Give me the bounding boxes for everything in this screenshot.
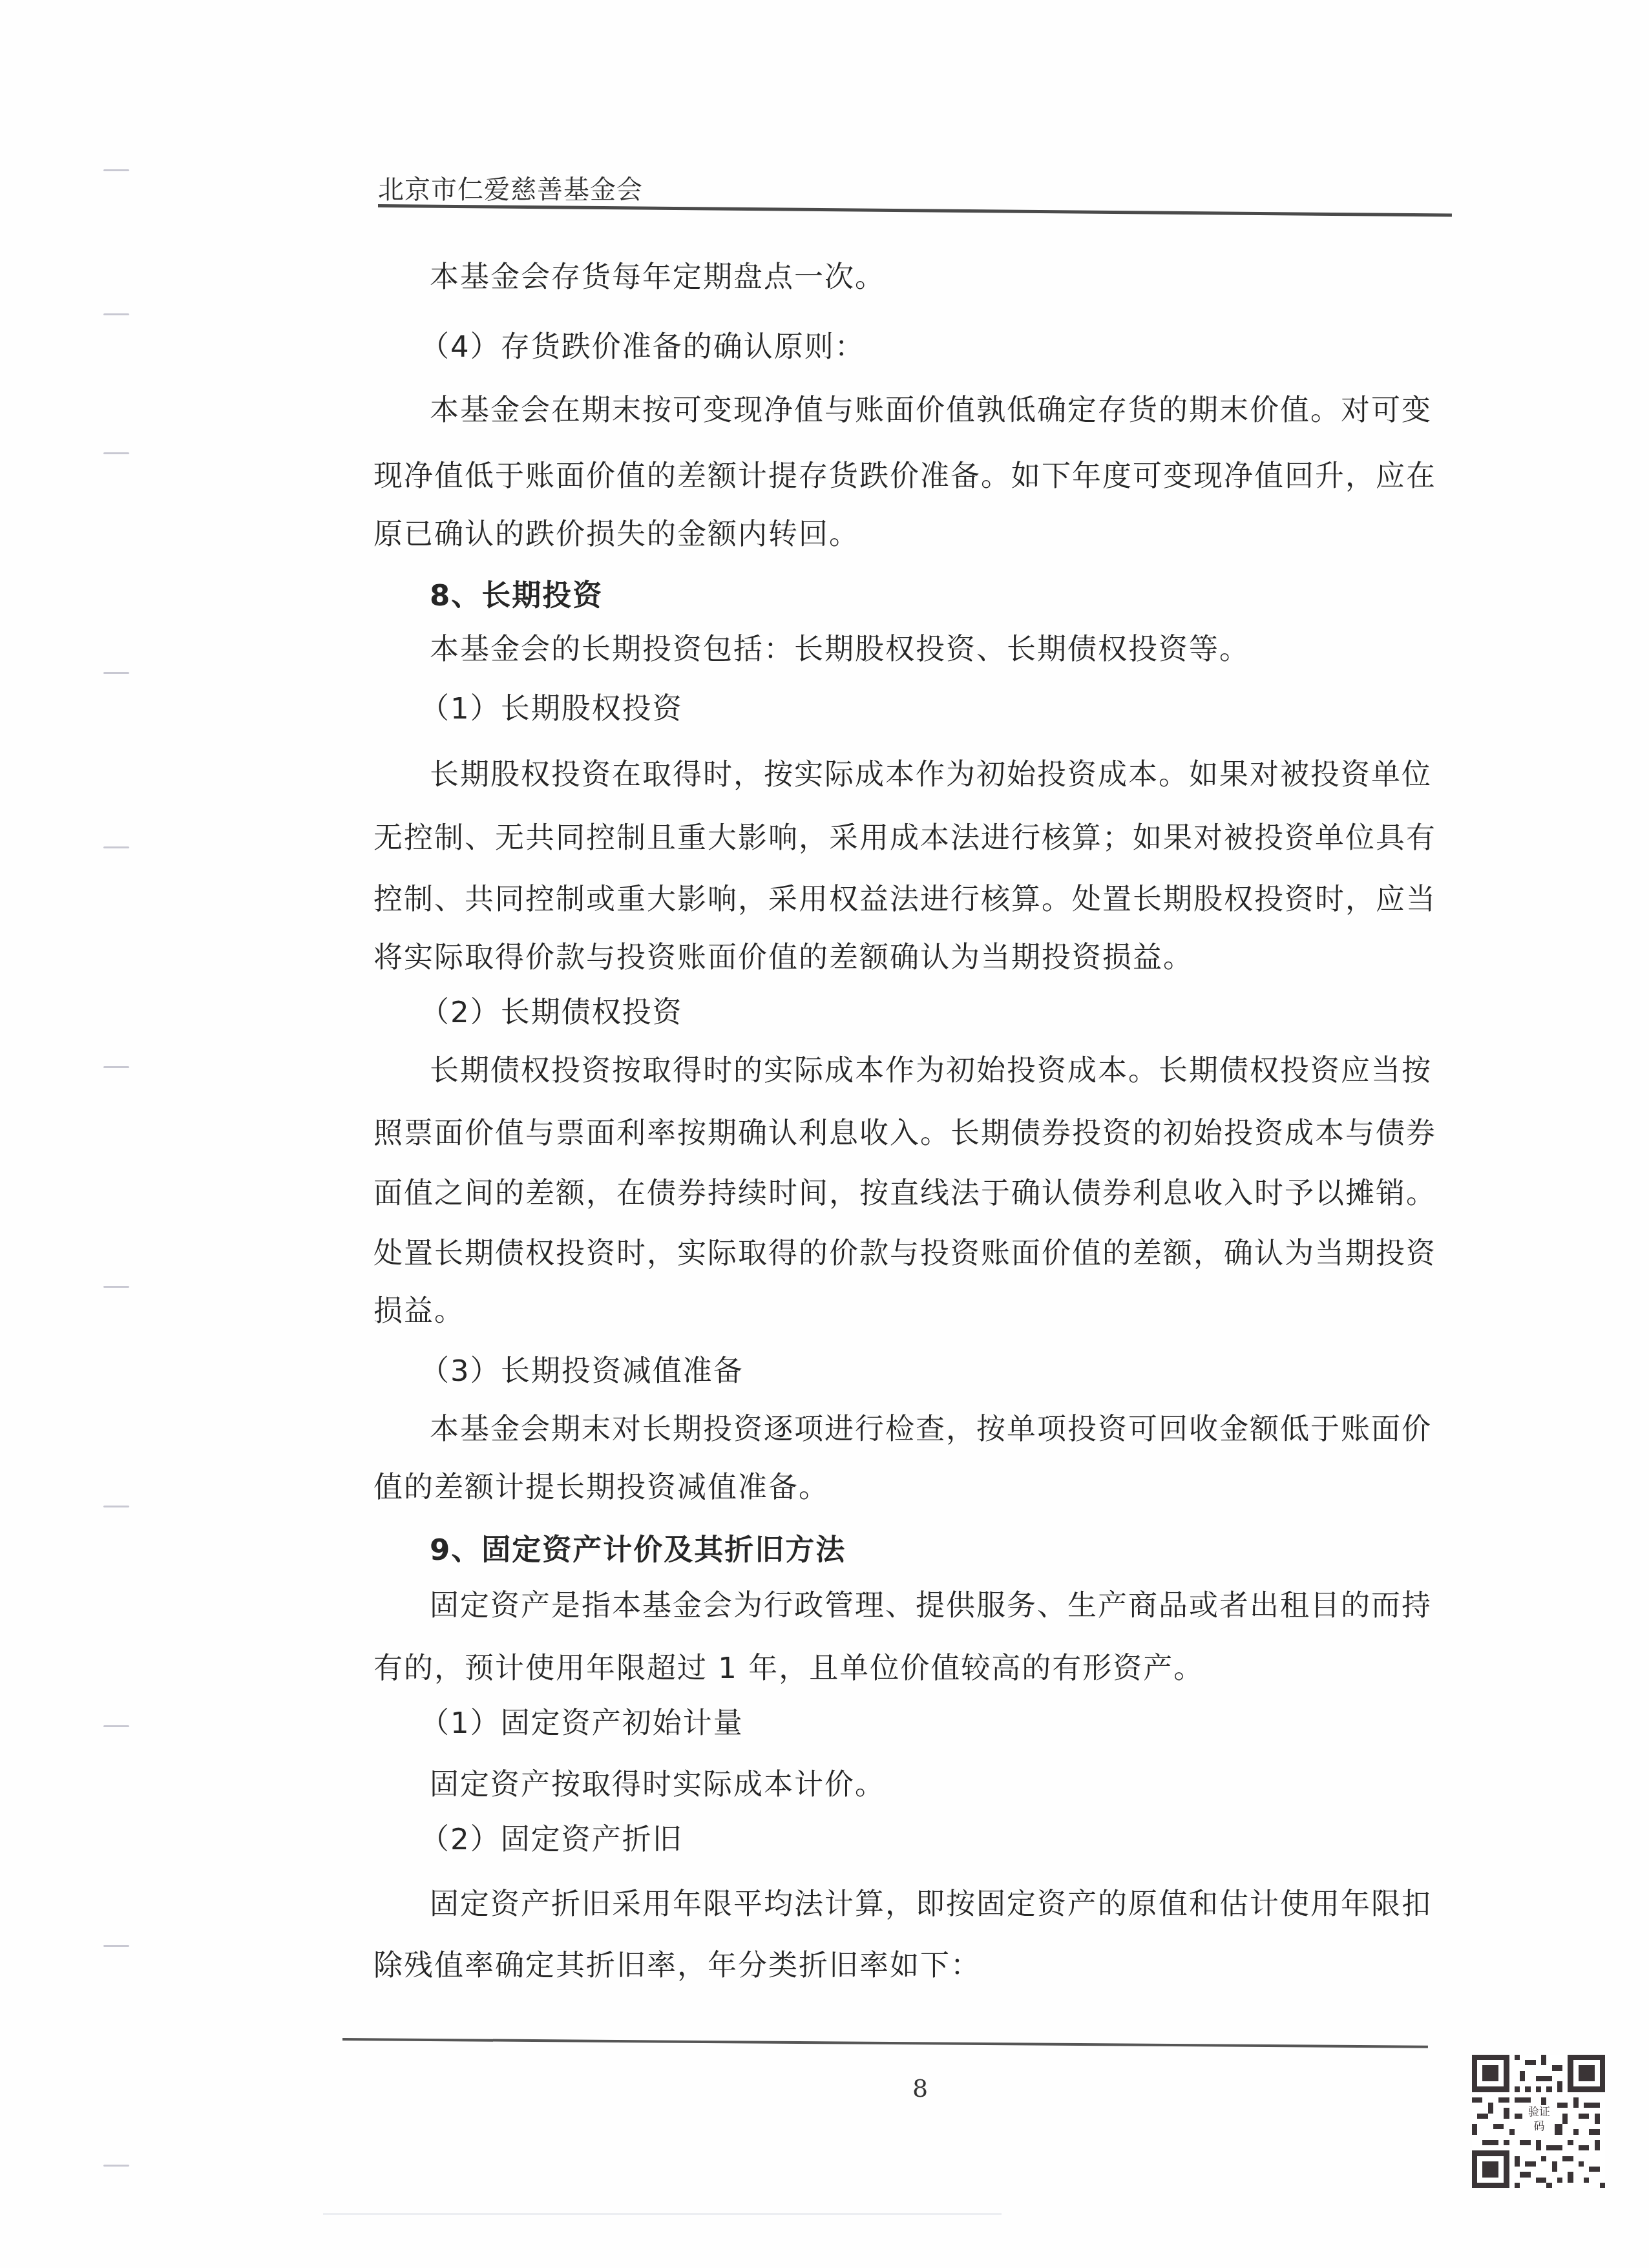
qr-code-icon: 验证码 bbox=[1472, 2055, 1605, 2188]
paragraph-line: 长期债权投资按取得时的实际成本作为初始投资成本。长期债权投资应当按 bbox=[430, 1047, 1432, 1089]
paragraph-line: 处置长期债权投资时，实际取得的价款与投资账面价值的差额，确认为当期投资 bbox=[373, 1230, 1436, 1272]
paragraph-line: 固定资产是指本基金会为行政管理、提供服务、生产商品或者出租目的而持 bbox=[430, 1582, 1432, 1624]
scan-artifact-line bbox=[323, 2213, 1002, 2215]
paragraph-line: 本基金会期末对长期投资逐项进行检查，按单项投资可回收金额低于账面价 bbox=[430, 1405, 1432, 1447]
binding-mark bbox=[103, 1286, 129, 1288]
binding-mark bbox=[103, 672, 129, 674]
paragraph-line: 值的差额计提长期投资减值准备。 bbox=[373, 1464, 829, 1506]
paragraph-line: 控制、共同控制或重大影响，采用权益法进行核算。处置长期股权投资时，应当 bbox=[373, 876, 1436, 918]
subheading: （1）固定资产初始计量 bbox=[420, 1699, 744, 1741]
paragraph-line: 本基金会存货每年定期盘点一次。 bbox=[430, 253, 885, 295]
subheading: （4）存货跌价准备的确认原则： bbox=[420, 323, 865, 365]
paragraph-line: 将实际取得价款与投资账面价值的差额确认为当期投资损益。 bbox=[373, 934, 1193, 976]
paragraph-line: 无控制、无共同控制且重大影响，采用成本法进行核算；如果对被投资单位具有 bbox=[373, 814, 1436, 856]
paragraph-line: 本基金会的长期投资包括：长期股权投资、长期债权投资等。 bbox=[430, 625, 1250, 667]
subheading: （2）长期债权投资 bbox=[420, 989, 683, 1031]
paragraph-line: 固定资产折旧采用年限平均法计算，即按固定资产的原值和估计使用年限扣 bbox=[430, 1880, 1432, 1922]
paragraph-line: 现净值低于账面价值的差额计提存货跌价准备。如下年度可变现净值回升，应在 bbox=[373, 452, 1436, 494]
binding-mark bbox=[103, 2165, 129, 2167]
binding-mark bbox=[103, 846, 129, 848]
paragraph-line: 长期股权投资在取得时，按实际成本作为初始投资成本。如果对被投资单位 bbox=[430, 751, 1432, 793]
paragraph-line: 面值之间的差额，在债券持续时间，按直线法于确认债券利息收入时予以摊销。 bbox=[373, 1170, 1436, 1212]
paragraph-line: 有的，预计使用年限超过 1 年，且单位价值较高的有形资产。 bbox=[373, 1644, 1204, 1686]
section-heading: 8、长期投资 bbox=[430, 572, 603, 614]
binding-mark bbox=[103, 1945, 129, 1947]
page-number: 8 bbox=[912, 2074, 928, 2103]
header-divider bbox=[378, 204, 1452, 217]
footer-divider bbox=[342, 2038, 1428, 2048]
paragraph-line: 损益。 bbox=[373, 1287, 465, 1329]
paragraph-line: 本基金会在期末按可变现净值与账面价值孰低确定存货的期末价值。对可变 bbox=[430, 386, 1432, 428]
subheading: （1）长期股权投资 bbox=[420, 685, 683, 727]
binding-mark bbox=[103, 1506, 129, 1507]
subheading: （3）长期投资减值准备 bbox=[420, 1347, 744, 1389]
section-heading: 9、固定资产计价及其折旧方法 bbox=[430, 1526, 846, 1568]
binding-mark bbox=[103, 1725, 129, 1727]
document-page: 北京市仁爱慈善基金会 本基金会存货每年定期盘点一次。 （4）存货跌价准备的确认原… bbox=[0, 0, 1649, 2268]
paragraph-line: 照票面价值与票面利率按期确认利息收入。长期债券投资的初始投资成本与债券 bbox=[373, 1109, 1436, 1151]
binding-mark bbox=[103, 169, 129, 171]
binding-mark bbox=[103, 1066, 129, 1068]
paragraph-line: 固定资产按取得时实际成本计价。 bbox=[430, 1761, 885, 1803]
subheading: （2）固定资产折旧 bbox=[420, 1816, 683, 1858]
binding-mark bbox=[103, 313, 129, 315]
paragraph-line: 除残值率确定其折旧率，年分类折旧率如下： bbox=[373, 1942, 981, 1984]
paragraph-line: 原已确认的跌价损失的金额内转回。 bbox=[373, 510, 859, 552]
qr-verify-label: 验证码 bbox=[1525, 2105, 1553, 2134]
organization-header: 北京市仁爱慈善基金会 bbox=[378, 169, 643, 206]
binding-mark bbox=[103, 452, 129, 454]
